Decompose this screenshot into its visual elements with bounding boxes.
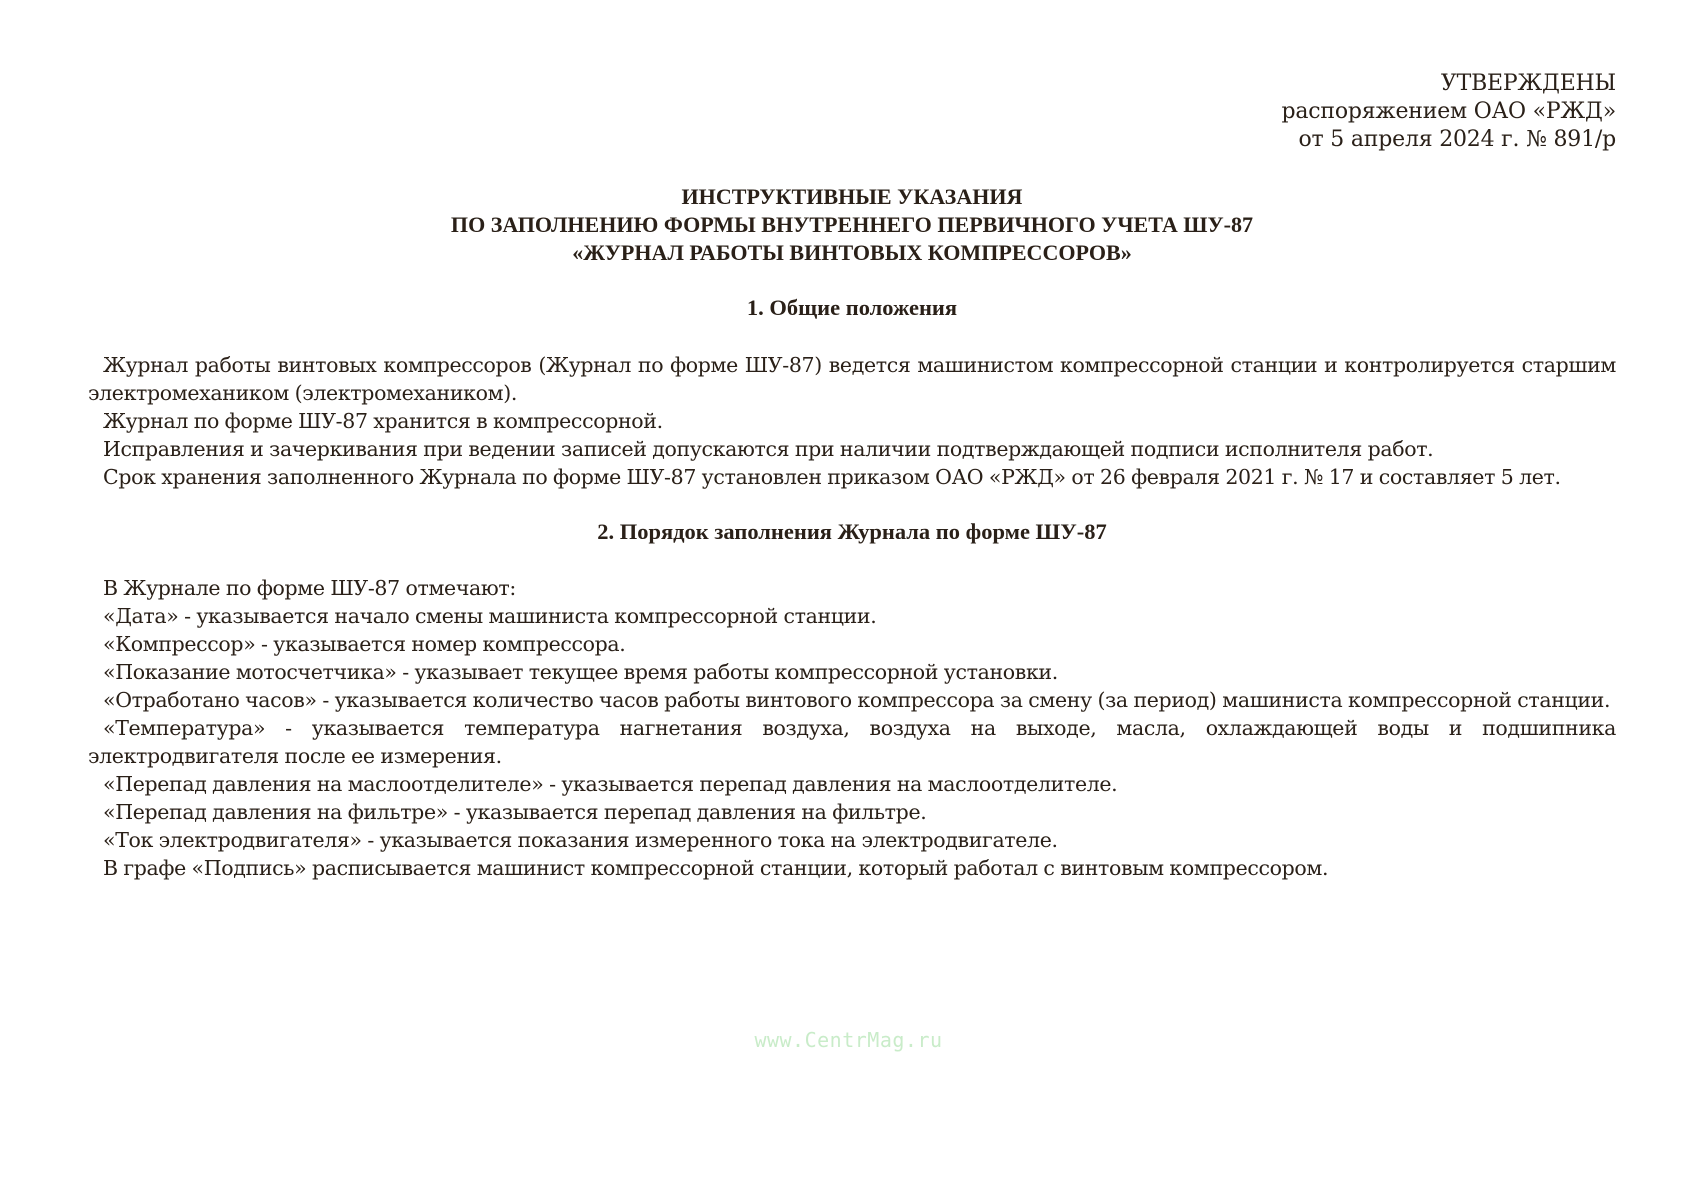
watermark-text: www.CentrMag.ru — [0, 1028, 1697, 1052]
approval-line-date-number: от 5 апреля 2024 г. № 891/р — [1281, 126, 1616, 154]
approval-line-approved: УТВЕРЖДЕНЫ — [1281, 70, 1616, 98]
document-title: ИНСТРУКТИВНЫЕ УКАЗАНИЯ ПО ЗАПОЛНЕНИЮ ФОР… — [103, 183, 1600, 267]
section-2-body: В Журнале по форме ШУ-87 отмечают: «Дата… — [88, 574, 1616, 882]
paragraph: «Отработано часов» - указывается количес… — [88, 686, 1616, 714]
paragraph: «Ток электродвигателя» - указывается пок… — [88, 826, 1616, 854]
paragraph: «Дата» - указывается начало смены машини… — [88, 602, 1616, 630]
paragraph: «Перепад давления на маслоотделителе» - … — [88, 770, 1616, 798]
title-line-2: ПО ЗАПОЛНЕНИЮ ФОРМЫ ВНУТРЕННЕГО ПЕРВИЧНО… — [103, 211, 1600, 239]
paragraph: «Перепад давления на фильтре» - указывае… — [88, 798, 1616, 826]
paragraph: «Показание мотосчетчика» - указывает тек… — [88, 658, 1616, 686]
paragraph: Журнал по форме ШУ-87 хранится в компрес… — [88, 407, 1616, 435]
paragraph: Срок хранения заполненного Журнала по фо… — [88, 463, 1616, 491]
paragraph: В Журнале по форме ШУ-87 отмечают: — [88, 574, 1616, 602]
title-line-1: ИНСТРУКТИВНЫЕ УКАЗАНИЯ — [103, 183, 1600, 211]
section-2-heading: 2. Порядок заполнения Журнала по форме Ш… — [88, 518, 1616, 546]
section-1-body: Журнал работы винтовых компрессоров (Жур… — [88, 351, 1616, 491]
section-1-heading: 1. Общие положения — [88, 294, 1616, 322]
paragraph: Журнал работы винтовых компрессоров (Жур… — [88, 351, 1616, 407]
paragraph: В графе «Подпись» расписывается машинист… — [88, 854, 1616, 882]
paragraph: Исправления и зачеркивания при ведении з… — [88, 435, 1616, 463]
paragraph: «Компрессор» - указывается номер компрес… — [88, 630, 1616, 658]
approval-line-order: распоряжением ОАО «РЖД» — [1281, 98, 1616, 126]
title-line-3: «ЖУРНАЛ РАБОТЫ ВИНТОВЫХ КОМПРЕССОРОВ» — [103, 239, 1600, 267]
paragraph: «Температура» - указывается температура … — [88, 714, 1616, 770]
approval-stamp: УТВЕРЖДЕНЫ распоряжением ОАО «РЖД» от 5 … — [1281, 70, 1616, 154]
